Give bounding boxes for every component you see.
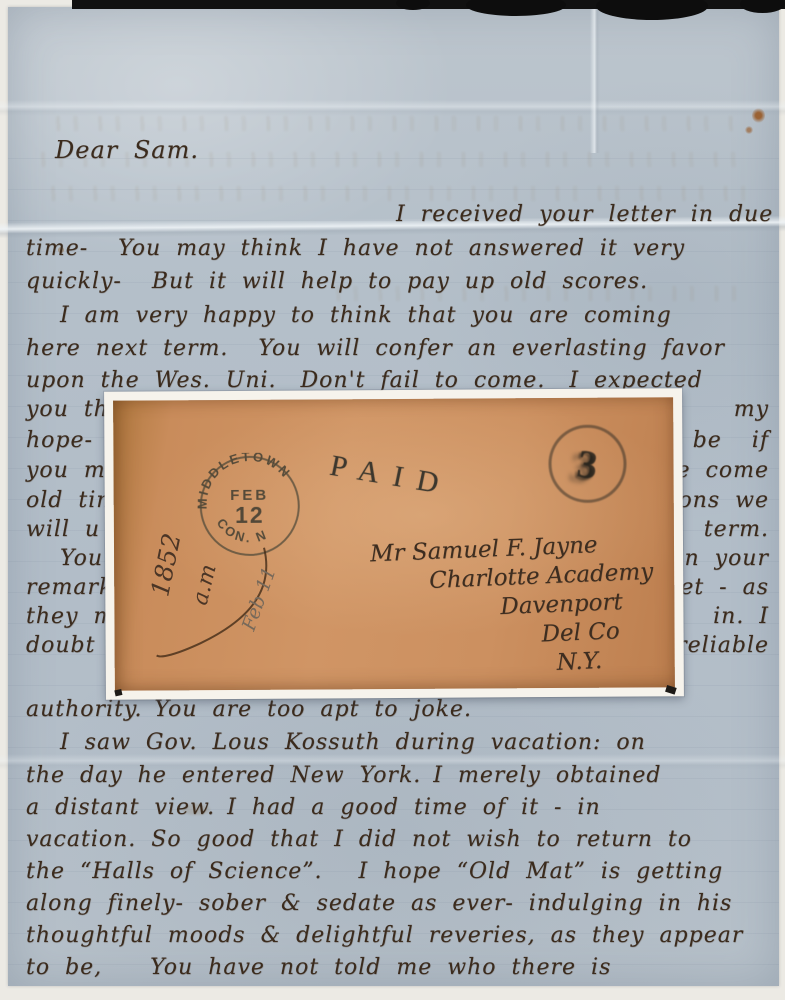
letter-line: authority. You are too apt to joke.	[26, 697, 472, 722]
envelope-address: Mr Samuel F. Jayne Charlotte Academy Dav…	[370, 528, 675, 685]
letter-line: quickly- But it will help to pay up old …	[26, 269, 648, 294]
address-state: N.Y.	[556, 644, 675, 678]
letter-fragment-left: remark	[26, 575, 113, 600]
photo-mat-speck	[665, 685, 677, 695]
letter-fragment-left: will u	[26, 517, 100, 542]
letter-line: vacation. So good that I did not wish to…	[26, 827, 692, 852]
photo-mat-speck	[114, 689, 122, 696]
postmark-middletown: MIDDLETOWN CON. N FEB 12	[196, 453, 303, 560]
letter-fragment-right: be if	[693, 428, 769, 453]
letter-line: thoughtful moods & delightful reveries, …	[26, 923, 743, 948]
letter-fragment-right: et - as	[680, 575, 769, 600]
letter-line: along finely- sober & sedate as ever- in…	[26, 891, 732, 916]
letter-line: time- You may think I have not answered …	[26, 236, 685, 261]
letter-fragment-right: term.	[704, 517, 769, 542]
docket-meridiem-note: a.m	[188, 562, 222, 608]
docket-year-note: 1852	[145, 531, 186, 599]
paper-fold-crease	[0, 100, 785, 116]
letter-fragment-left: doubt	[26, 633, 95, 658]
letter-line: a distant view. I had a good time of it …	[26, 795, 601, 820]
letter-fragment-left: hope-	[26, 428, 93, 453]
show-through-ghost-writing	[50, 116, 740, 131]
letter-salutation: Dear Sam.	[55, 136, 199, 164]
foxing-stain	[752, 108, 765, 123]
letter-line: to be, You have not told me who there is	[26, 955, 611, 980]
foxing-stain	[745, 126, 753, 134]
letter-line: the “Halls of Science”. I hope “Old Mat”…	[26, 859, 723, 884]
show-through-ghost-writing	[45, 186, 745, 201]
letter-line: I am very happy to think that you are co…	[60, 303, 672, 328]
letter-line: the day he entered New York. I merely ob…	[26, 763, 661, 788]
postmark-day: 12	[235, 502, 265, 528]
paper-fold-crease	[590, 8, 600, 153]
letter-fragment-right: my	[734, 397, 769, 422]
scanned-letter-image: Dear Sam. I received your letter in due …	[0, 0, 785, 1000]
rate-stamp-value: 3	[574, 439, 601, 488]
letter-line: here next term. You will confer an everl…	[26, 336, 725, 361]
letter-line: I received your letter in due	[396, 202, 773, 227]
envelope-face: MIDDLETOWN CON. N FEB 12 PAID 3 1852 a.m…	[113, 397, 675, 690]
docket-date-note: Feb 11	[238, 564, 281, 633]
letter-fragment-left: You	[26, 546, 103, 571]
envelope-photo: MIDDLETOWN CON. N FEB 12 PAID 3 1852 a.m…	[104, 388, 684, 700]
rate-stamp-circle: 3	[548, 425, 626, 503]
letter-fragment-right: in your	[676, 546, 769, 571]
paid-stamp: PAID	[327, 449, 455, 503]
letter-line: I saw Gov. Lous Kossuth during vacation:…	[60, 730, 646, 755]
letter-fragment-right: in. I	[713, 604, 769, 629]
